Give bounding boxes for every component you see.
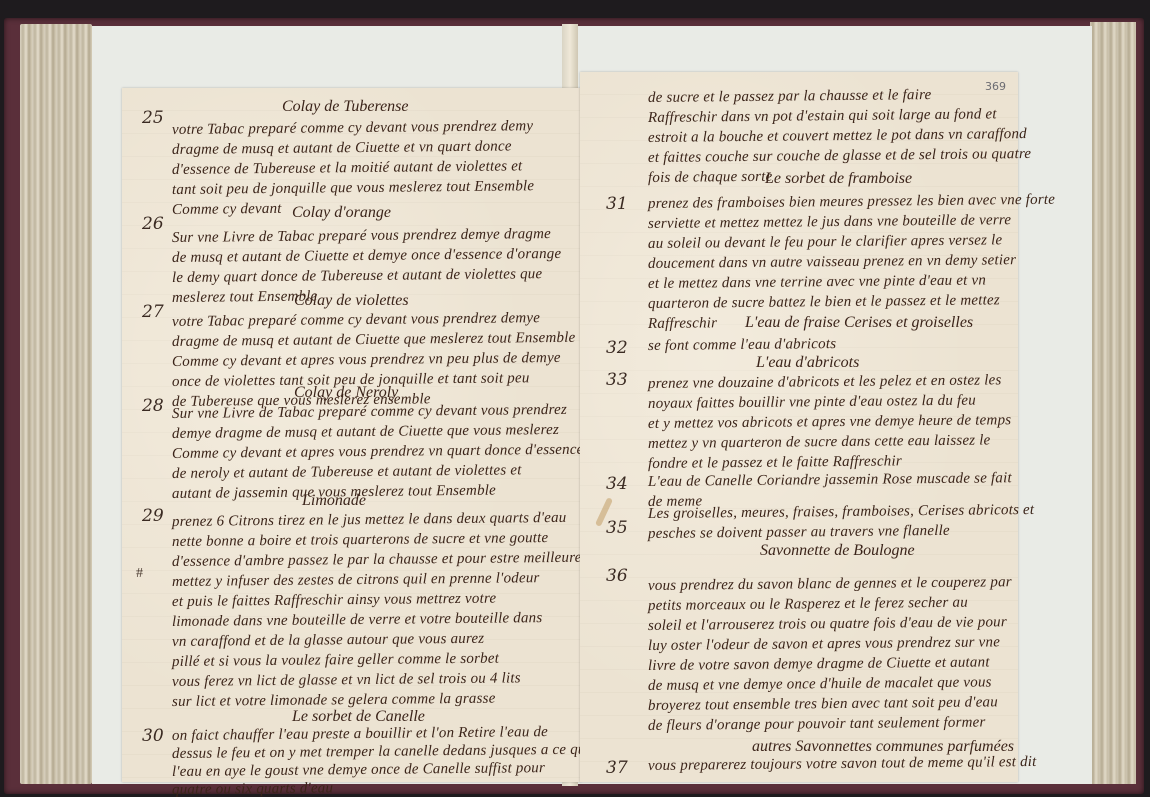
entry-heading: Le sorbet de framboise	[765, 170, 912, 188]
entry-heading: Colay de violettes	[294, 292, 409, 310]
text-line: mettez y infuser des zestes de citrons q…	[172, 570, 540, 591]
entry-number: 37	[606, 758, 628, 778]
text-line: de fleurs d'orange pour pouvoir tant seu…	[648, 714, 986, 735]
entry-heading: Colay de Tuberense	[282, 98, 409, 116]
text-line: limonade dans vne bouteille de verre et …	[172, 610, 543, 631]
text-line: pesches se doivent passer au travers vne…	[648, 523, 950, 543]
text-line: estroit a la bouche et couvert mettez le…	[648, 126, 1027, 147]
entry-heading: L'eau de fraise Cerises et groiselles	[745, 314, 973, 332]
text-line: noyaux faittes bouillir vne pinte d'eau …	[648, 393, 976, 413]
entry-heading: Colay de Neroly	[294, 384, 398, 402]
text-line: Comme cy devant	[172, 201, 282, 219]
text-line: votre Tabac preparé comme cy devant vous…	[172, 118, 533, 139]
text-line: de musq et vne demye once d'huile de mac…	[648, 674, 992, 695]
text-line: demye dragme de musq et autant de Ciuett…	[172, 422, 559, 443]
entry-number: 29	[142, 506, 164, 526]
text-line: et le mettez dans vne terrine avec vne p…	[648, 272, 986, 293]
entry-number: 28	[142, 396, 164, 416]
text-line: dragme de musq et autant de Ciuette que …	[172, 330, 576, 351]
entry-number: 26	[142, 214, 164, 234]
text-line: et faittes couche sur couche de glasse e…	[648, 146, 1031, 167]
text-line: broyerez tout ensemble tres bien avec ta…	[648, 694, 998, 715]
text-line: prenez des framboises bien meures presse…	[648, 192, 1055, 213]
entry-number: 30	[142, 726, 164, 746]
entry-number: 34	[606, 474, 628, 494]
text-line: le demy quart donce de Tubereuse et auta…	[172, 266, 542, 287]
text-line: petits morceaux ou le Rasperez et le fer…	[648, 595, 968, 615]
text-line: Comme cy devant et apres vous prendrez v…	[172, 442, 584, 463]
text-line: quatre ou six quarts d'eau	[172, 780, 333, 797]
text-line: Raffreschir dans vn pot d'estain qui soi…	[648, 106, 997, 127]
text-line: mettez y vn quarteron de sucre dans cett…	[648, 432, 991, 453]
text-line: vous preparerez toujours votre savon tou…	[648, 754, 1037, 775]
entry-number: 27	[142, 302, 164, 322]
folio-number: 369	[985, 80, 1006, 93]
entry-number: 35	[606, 518, 628, 538]
text-line: vous ferez vn lict de glasse et vn lict …	[172, 670, 521, 691]
text-line: soleil et l'arrouserez trois ou quatre f…	[648, 614, 1007, 635]
text-line: livre de votre savon demye dragme de Ciu…	[648, 654, 990, 675]
entry-heading: Colay d'orange	[292, 204, 391, 222]
manuscript-page-right: 369 de sucre et le passez par la chausse…	[580, 72, 1018, 782]
text-line: de musq et autant de Ciuette et demye on…	[172, 246, 562, 267]
text-line: Raffreschir	[648, 315, 717, 333]
text-line: prenez 6 Citrons tirez en le jus mettez …	[172, 510, 567, 531]
entry-number: 33	[606, 370, 628, 390]
text-line: fois de chaque sorte	[648, 169, 773, 187]
entry-number: 36	[606, 566, 628, 586]
text-line: fondre et le passez et le faitte Raffres…	[648, 453, 902, 473]
text-line: Les groiselles, meures, fraises, framboi…	[648, 502, 1034, 523]
text-line: Sur vne Livre de Tabac preparé comme cy …	[172, 402, 567, 423]
text-line: pillé et si vous la voulez faire geller …	[172, 651, 499, 671]
text-line: de neroly et autant de Tubereuse et auta…	[172, 462, 522, 483]
text-line: et puis le faittes Raffreschir ainsy vou…	[172, 591, 496, 611]
manuscript-page-left: 25 Colay de Tuberense votre Tabac prepar…	[122, 88, 581, 782]
entry-heading: autres Savonnettes communes parfumées	[752, 738, 1014, 756]
text-line: serviette et mettez mettez le jus dans v…	[648, 212, 1011, 233]
entry-number: 31	[606, 194, 628, 214]
text-line: et y mettez vos abricots et apres vne de…	[648, 412, 1011, 433]
text-line: prenez vne douzaine d'abricots et les pe…	[648, 372, 1002, 393]
page-edges-right	[1090, 22, 1136, 784]
margin-mark: #	[136, 566, 143, 582]
entry-number: 32	[606, 338, 628, 358]
text-line: votre Tabac preparé comme cy devant vous…	[172, 310, 540, 331]
text-line: Sur vne Livre de Tabac preparé vous pren…	[172, 226, 551, 247]
text-line: d'essence de Tubereuse et la moitié auta…	[172, 158, 523, 179]
text-line: vn caraffond et de la glasse autour que …	[172, 631, 484, 651]
page-edges-left	[20, 24, 92, 784]
entry-heading: Limonade	[302, 492, 366, 510]
entry-heading: Savonnette de Boulogne	[760, 542, 915, 560]
text-line: L'eau de Canelle Coriandre jassemin Rose…	[648, 470, 1012, 491]
text-line: doucement dans vn autre vaisseau prenez …	[648, 252, 1016, 273]
text-line: se font comme l'eau d'abricots	[648, 336, 836, 355]
text-line: d'essence d'ambre passez le par la chaus…	[172, 550, 582, 571]
text-line: de sucre et le passez par la chausse et …	[648, 87, 932, 107]
text-line: tant soit peu de jonquille que vous mesl…	[172, 178, 534, 199]
text-line: l'eau en aye le goust vne demye once de …	[172, 760, 545, 781]
text-line: au soleil ou devant le feu pour le clari…	[648, 232, 1002, 253]
text-line: dragme de musq et autant de Ciuette et v…	[172, 138, 512, 159]
text-line: nette bonne a boire et trois quarterons …	[172, 530, 549, 551]
text-line: quarteron de sucre battez le bien et le …	[648, 292, 1000, 313]
entry-number: 25	[142, 108, 164, 128]
text-line: vous prendrez du savon blanc de gennes e…	[648, 574, 1012, 595]
entry-heading: L'eau d'abricots	[756, 354, 859, 372]
text-line: Comme cy devant et apres vous prendrez v…	[172, 350, 561, 371]
entry-heading: Le sorbet de Canelle	[292, 708, 425, 726]
text-line: luy oster l'odeur de savon et apres vous…	[648, 634, 1000, 655]
